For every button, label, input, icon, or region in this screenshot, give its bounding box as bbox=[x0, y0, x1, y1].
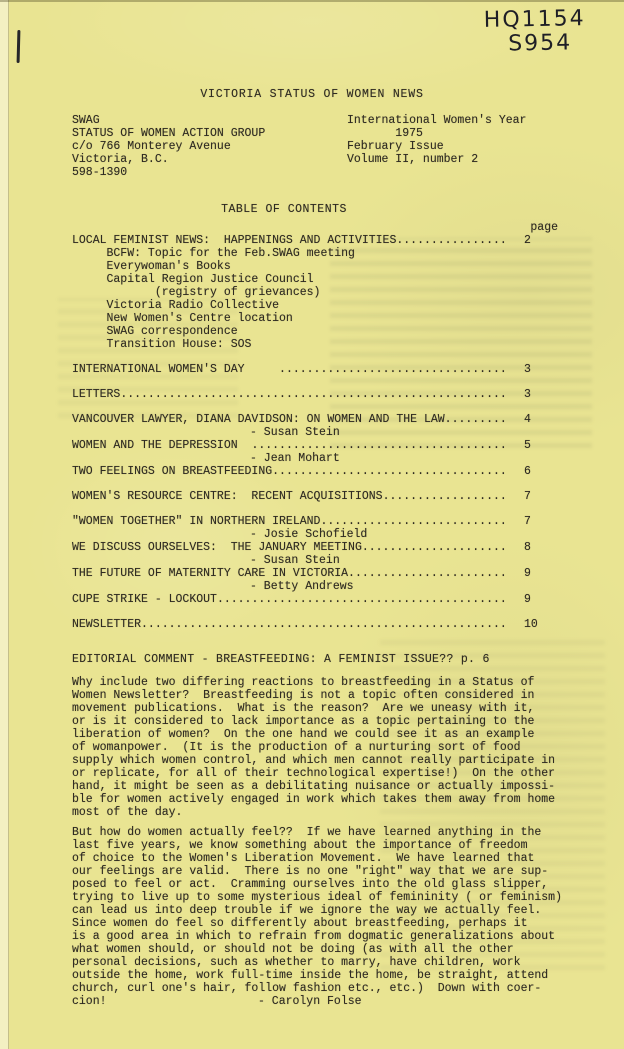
toc-subitem: BCFW: Topic for the Feb.SWAG meeting bbox=[72, 247, 552, 260]
toc-entry-row: WOMEN'S RESOURCE CENTRE: RECENT ACQUISIT… bbox=[72, 490, 552, 503]
toc-entry-title: WOMEN'S RESOURCE CENTRE: RECENT ACQUISIT… bbox=[72, 490, 383, 503]
toc-entry-author: - Susan Stein bbox=[250, 554, 552, 567]
toc-entry: VANCOUVER LAWYER, DIANA DAVIDSON: ON WOM… bbox=[72, 413, 552, 439]
toc-entry-title: LETTERS bbox=[72, 388, 120, 401]
toc-dot-leader: ........................................… bbox=[217, 593, 508, 606]
toc-entry: NEWSLETTER..............................… bbox=[72, 618, 552, 631]
toc-page-number: 9 bbox=[508, 593, 552, 606]
toc-entry-author: - Susan Stein bbox=[250, 426, 552, 439]
toc-subitem: (registry of grievances) bbox=[72, 286, 552, 299]
toc-entry-title: INTERNATIONAL WOMEN'S DAY bbox=[72, 363, 279, 376]
toc-entry-row: WOMEN AND THE DEPRESSION ...............… bbox=[72, 439, 552, 452]
toc-entry-title: NEWSLETTER bbox=[72, 618, 141, 631]
toc-page-number: 9 bbox=[508, 567, 552, 580]
toc-dot-leader: ........................................… bbox=[369, 541, 508, 554]
toc-entry-title: WOMEN AND THE DEPRESSION bbox=[72, 439, 251, 452]
org-address-line: STATUS OF WOMEN ACTION GROUP bbox=[72, 127, 347, 140]
editorial-body: Why include two differing reactions to b… bbox=[72, 676, 552, 1008]
toc-entry-row: WE DISCUSS OURSELVES: THE JANUARY MEETIN… bbox=[72, 541, 552, 554]
org-address-block: SWAGSTATUS OF WOMEN ACTION GROUPc/o 766 … bbox=[72, 114, 347, 179]
toc-entry-row: NEWSLETTER..............................… bbox=[72, 618, 552, 631]
paper-left-edge bbox=[0, 0, 9, 1049]
toc-list: LOCAL FEMINIST NEWS: HAPPENINGS AND ACTI… bbox=[72, 234, 552, 631]
toc-entry-title: VANCOUVER LAWYER, DIANA DAVIDSON: ON WOM… bbox=[72, 413, 445, 426]
toc-entry-title: WE DISCUSS OURSELVES: THE JANUARY MEETIN… bbox=[72, 541, 369, 554]
toc-entry-title: "WOMEN TOGETHER" IN NORTHERN IRELAND bbox=[72, 515, 320, 528]
toc-entry-title: CUPE STRIKE - LOCKOUT bbox=[72, 593, 217, 606]
toc-dot-leader: ........................................… bbox=[348, 567, 508, 580]
toc-subitem: Everywoman's Books bbox=[72, 260, 552, 273]
toc-entry-title: TWO FEELINGS ON BREASTFEEDING bbox=[72, 465, 272, 478]
toc-entry-row: THE FUTURE OF MATERNITY CARE IN VICTORIA… bbox=[72, 567, 552, 580]
toc-entry-author: - Jean Mohart bbox=[250, 452, 552, 465]
masthead: SWAGSTATUS OF WOMEN ACTION GROUPc/o 766 … bbox=[72, 114, 552, 179]
toc-entry: WE DISCUSS OURSELVES: THE JANUARY MEETIN… bbox=[72, 541, 552, 567]
toc-heading: TABLE OF CONTENTS bbox=[44, 203, 524, 216]
toc-entry: LETTERS.................................… bbox=[72, 388, 552, 401]
toc-subitem: New Women's Centre location bbox=[72, 312, 552, 325]
editorial-paragraph: Why include two differing reactions to b… bbox=[72, 676, 552, 819]
issue-info-block: International Women's Year 1975February … bbox=[347, 114, 526, 179]
toc-subitem: SWAG correspondence bbox=[72, 325, 552, 338]
editorial-heading: EDITORIAL COMMENT - BREASTFEEDING: A FEM… bbox=[72, 653, 552, 666]
toc-dot-leader: ........................................… bbox=[445, 413, 508, 426]
toc-dot-leader: ........................................… bbox=[251, 439, 508, 452]
toc-dot-leader: ........................................… bbox=[320, 515, 508, 528]
toc-entry: WOMEN AND THE DEPRESSION ...............… bbox=[72, 439, 552, 465]
toc-page-number: 2 bbox=[508, 234, 552, 247]
toc-entry-row: LOCAL FEMINIST NEWS: HAPPENINGS AND ACTI… bbox=[72, 234, 552, 247]
issue-info-line: February Issue bbox=[347, 140, 526, 153]
toc-dot-leader: ........................................… bbox=[396, 234, 508, 247]
toc-page-number: 4 bbox=[508, 413, 552, 426]
toc-page-number: 5 bbox=[508, 439, 552, 452]
toc-entry-row: TWO FEELINGS ON BREASTFEEDING...........… bbox=[72, 465, 552, 478]
org-address-line: 598-1390 bbox=[72, 166, 347, 179]
toc-subitem: Capital Region Justice Council bbox=[72, 273, 552, 286]
newsletter-title: VICTORIA STATUS OF WOMEN NEWS bbox=[72, 88, 552, 101]
toc-subitem: Victoria Radio Collective bbox=[72, 299, 552, 312]
toc-page-column-label: page bbox=[78, 221, 558, 234]
toc-dot-leader: ........................................… bbox=[383, 490, 508, 503]
toc-entry-row: LETTERS.................................… bbox=[72, 388, 552, 401]
toc-entry: INTERNATIONAL WOMEN'S DAY ..............… bbox=[72, 363, 552, 376]
org-address-line: SWAG bbox=[72, 114, 347, 127]
toc-page-number: 6 bbox=[508, 465, 552, 478]
org-address-line: c/o 766 Monterey Avenue bbox=[72, 140, 347, 153]
typed-page-content: VICTORIA STATUS OF WOMEN NEWS SWAGSTATUS… bbox=[72, 0, 552, 1008]
toc-entry: WOMEN'S RESOURCE CENTRE: RECENT ACQUISIT… bbox=[72, 490, 552, 503]
toc-entry: CUPE STRIKE - LOCKOUT...................… bbox=[72, 593, 552, 606]
toc-entry: TWO FEELINGS ON BREASTFEEDING...........… bbox=[72, 465, 552, 478]
toc-entry-title: LOCAL FEMINIST NEWS: HAPPENINGS AND ACTI… bbox=[72, 234, 396, 247]
toc-dot-leader: ........................................… bbox=[120, 388, 508, 401]
toc-entry: THE FUTURE OF MATERNITY CARE IN VICTORIA… bbox=[72, 567, 552, 593]
org-address-line: Victoria, B.C. bbox=[72, 153, 347, 166]
toc-dot-leader: ........................................… bbox=[279, 363, 508, 376]
scanned-newsletter-page: { "catalog": { "line1": "HQ1154", "line2… bbox=[0, 0, 624, 1049]
toc-subitem: Transition House: SOS bbox=[72, 338, 552, 351]
toc-entry-row: VANCOUVER LAWYER, DIANA DAVIDSON: ON WOM… bbox=[72, 413, 552, 426]
toc-entry-title: THE FUTURE OF MATERNITY CARE IN VICTORIA bbox=[72, 567, 348, 580]
toc-entry-row: INTERNATIONAL WOMEN'S DAY ..............… bbox=[72, 363, 552, 376]
issue-info-line: International Women's Year bbox=[347, 114, 526, 127]
issue-info-line: 1975 bbox=[347, 127, 526, 140]
toc-page-number: 8 bbox=[508, 541, 552, 554]
toc-page-number: 3 bbox=[508, 388, 552, 401]
toc-dot-leader: ........................................… bbox=[141, 618, 508, 631]
toc-entry: "WOMEN TOGETHER" IN NORTHERN IRELAND....… bbox=[72, 515, 552, 541]
toc-entry-author: - Josie Schofield bbox=[250, 528, 552, 541]
toc-page-number: 3 bbox=[508, 363, 552, 376]
toc-entry-author: - Betty Andrews bbox=[250, 580, 552, 593]
pen-mark bbox=[17, 30, 21, 63]
toc-entry-row: "WOMEN TOGETHER" IN NORTHERN IRELAND....… bbox=[72, 515, 552, 528]
toc-entry-row: CUPE STRIKE - LOCKOUT...................… bbox=[72, 593, 552, 606]
editorial-paragraph: But how do women actually feel?? If we h… bbox=[72, 826, 552, 1008]
issue-info-line: Volume II, number 2 bbox=[347, 153, 526, 166]
toc-page-number: 10 bbox=[508, 618, 552, 631]
editorial-signature: - Carolyn Folse bbox=[258, 995, 552, 1008]
toc-page-number: 7 bbox=[508, 515, 552, 528]
toc-entry: LOCAL FEMINIST NEWS: HAPPENINGS AND ACTI… bbox=[72, 234, 552, 351]
toc-dot-leader: ........................................… bbox=[272, 465, 508, 478]
toc-page-number: 7 bbox=[508, 490, 552, 503]
